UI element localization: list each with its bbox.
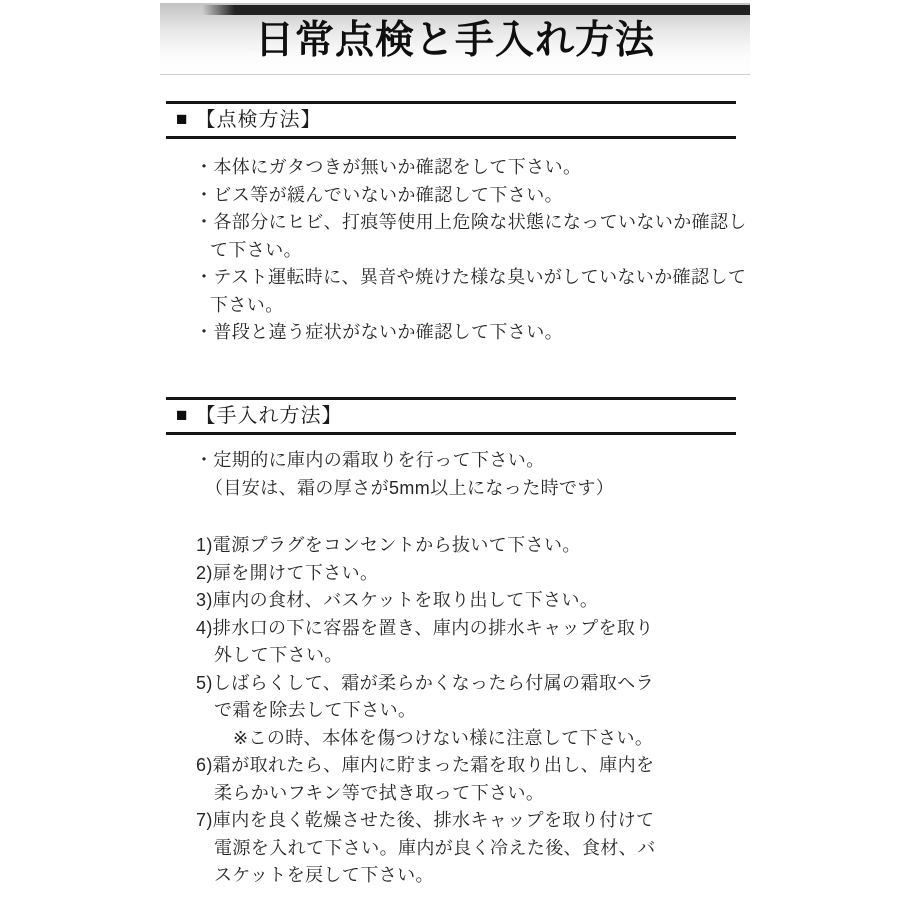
text-line: ・定期的に庫内の霜取りを行って下さい。 <box>195 447 755 475</box>
list-item: 4)排水口の下に容器を置き、庫内の排水キャップを取り外して下さい。 <box>196 615 756 670</box>
text-line: スケットを戻して下さい。 <box>196 862 756 890</box>
black-square-icon: ■ <box>176 405 187 427</box>
text-line: ・各部分にヒビ、打痕等使用上危険な状態になっていないか確認し <box>195 209 755 237</box>
text-line: ※この時、本体を傷つけない様に注意して下さい。 <box>196 725 756 753</box>
title-banner: 日常点検と手入れ方法 <box>160 3 750 75</box>
text-line: ・普段と違う症状がないか確認して下さい。 <box>195 319 755 347</box>
text-line: 外して下さい。 <box>196 642 756 670</box>
list-item: ・定期的に庫内の霜取りを行って下さい。（目安は、霜の厚さが5mm以上になった時で… <box>195 447 755 502</box>
list-item: 7)庫内を良く乾燥させた後、排水キャップを取り付けて電源を入れて下さい。庫内が良… <box>196 807 756 890</box>
banner-top-bar <box>202 5 750 15</box>
text-line: 電源を入れて下さい。庫内が良く冷えた後、食材、バ <box>196 835 756 863</box>
section-title-inspection: 【点検方法】 <box>195 108 321 132</box>
text-line: 6)霜が取れたら、庫内に貯まった霜を取り出し、庫内を <box>196 752 756 780</box>
section-header-inspection: ■ 【点検方法】 <box>166 101 736 139</box>
text-line: 7)庫内を良く乾燥させた後、排水キャップを取り付けて <box>196 807 756 835</box>
list-item: ・普段と違う症状がないか確認して下さい。 <box>195 319 755 347</box>
maintenance-steps-list: 1)電源プラグをコンセントから抜いて下さい。2)扉を開けて下さい。3)庫内の食材… <box>196 532 756 890</box>
text-line: 2)扉を開けて下さい。 <box>196 560 756 588</box>
text-line: ・本体にガタつきが無いか確認をして下さい。 <box>195 154 755 182</box>
text-line: 1)電源プラグをコンセントから抜いて下さい。 <box>196 532 756 560</box>
text-line: 下さい。 <box>195 292 755 320</box>
text-line: ・ビス等が緩んでいないか確認して下さい。 <box>195 182 755 210</box>
list-item: 5)しばらくして、霜が柔らかくなったら付属の霜取ヘラで霜を除去して下さい。※この… <box>196 670 756 753</box>
text-line: 3)庫内の食材、バスケットを取り出して下さい。 <box>196 587 756 615</box>
list-item: 1)電源プラグをコンセントから抜いて下さい。 <box>196 532 756 560</box>
list-item: 2)扉を開けて下さい。 <box>196 560 756 588</box>
list-item: ・ビス等が緩んでいないか確認して下さい。 <box>195 182 755 210</box>
maintenance-intro-list: ・定期的に庫内の霜取りを行って下さい。（目安は、霜の厚さが5mm以上になった時で… <box>195 447 755 502</box>
list-item: 6)霜が取れたら、庫内に貯まった霜を取り出し、庫内を柔らかいフキン等で拭き取って… <box>196 752 756 807</box>
section-header-maintenance: ■ 【手入れ方法】 <box>166 397 736 435</box>
list-item: ・テスト運転時に、異音や焼けた様な臭いがしていないか確認して下さい。 <box>195 264 755 319</box>
text-line: 柔らかいフキン等で拭き取って下さい。 <box>196 780 756 808</box>
text-line: 4)排水口の下に容器を置き、庫内の排水キャップを取り <box>196 615 756 643</box>
inspection-list: ・本体にガタつきが無いか確認をして下さい。・ビス等が緩んでいないか確認して下さい… <box>195 154 755 347</box>
manual-page: 日常点検と手入れ方法 ■ 【点検方法】 ・本体にガタつきが無いか確認をして下さい… <box>0 0 900 900</box>
black-square-icon: ■ <box>176 109 187 131</box>
section-title-maintenance: 【手入れ方法】 <box>195 404 342 428</box>
text-line: て下さい。 <box>195 237 755 265</box>
text-line: で霜を除去して下さい。 <box>196 697 756 725</box>
list-item: ・本体にガタつきが無いか確認をして下さい。 <box>195 154 755 182</box>
text-line: ・テスト運転時に、異音や焼けた様な臭いがしていないか確認して <box>195 264 755 292</box>
list-item: 3)庫内の食材、バスケットを取り出して下さい。 <box>196 587 756 615</box>
list-item: ・各部分にヒビ、打痕等使用上危険な状態になっていないか確認して下さい。 <box>195 209 755 264</box>
text-line: （目安は、霜の厚さが5mm以上になった時です） <box>195 475 755 503</box>
text-line: 5)しばらくして、霜が柔らかくなったら付属の霜取ヘラ <box>196 670 756 698</box>
